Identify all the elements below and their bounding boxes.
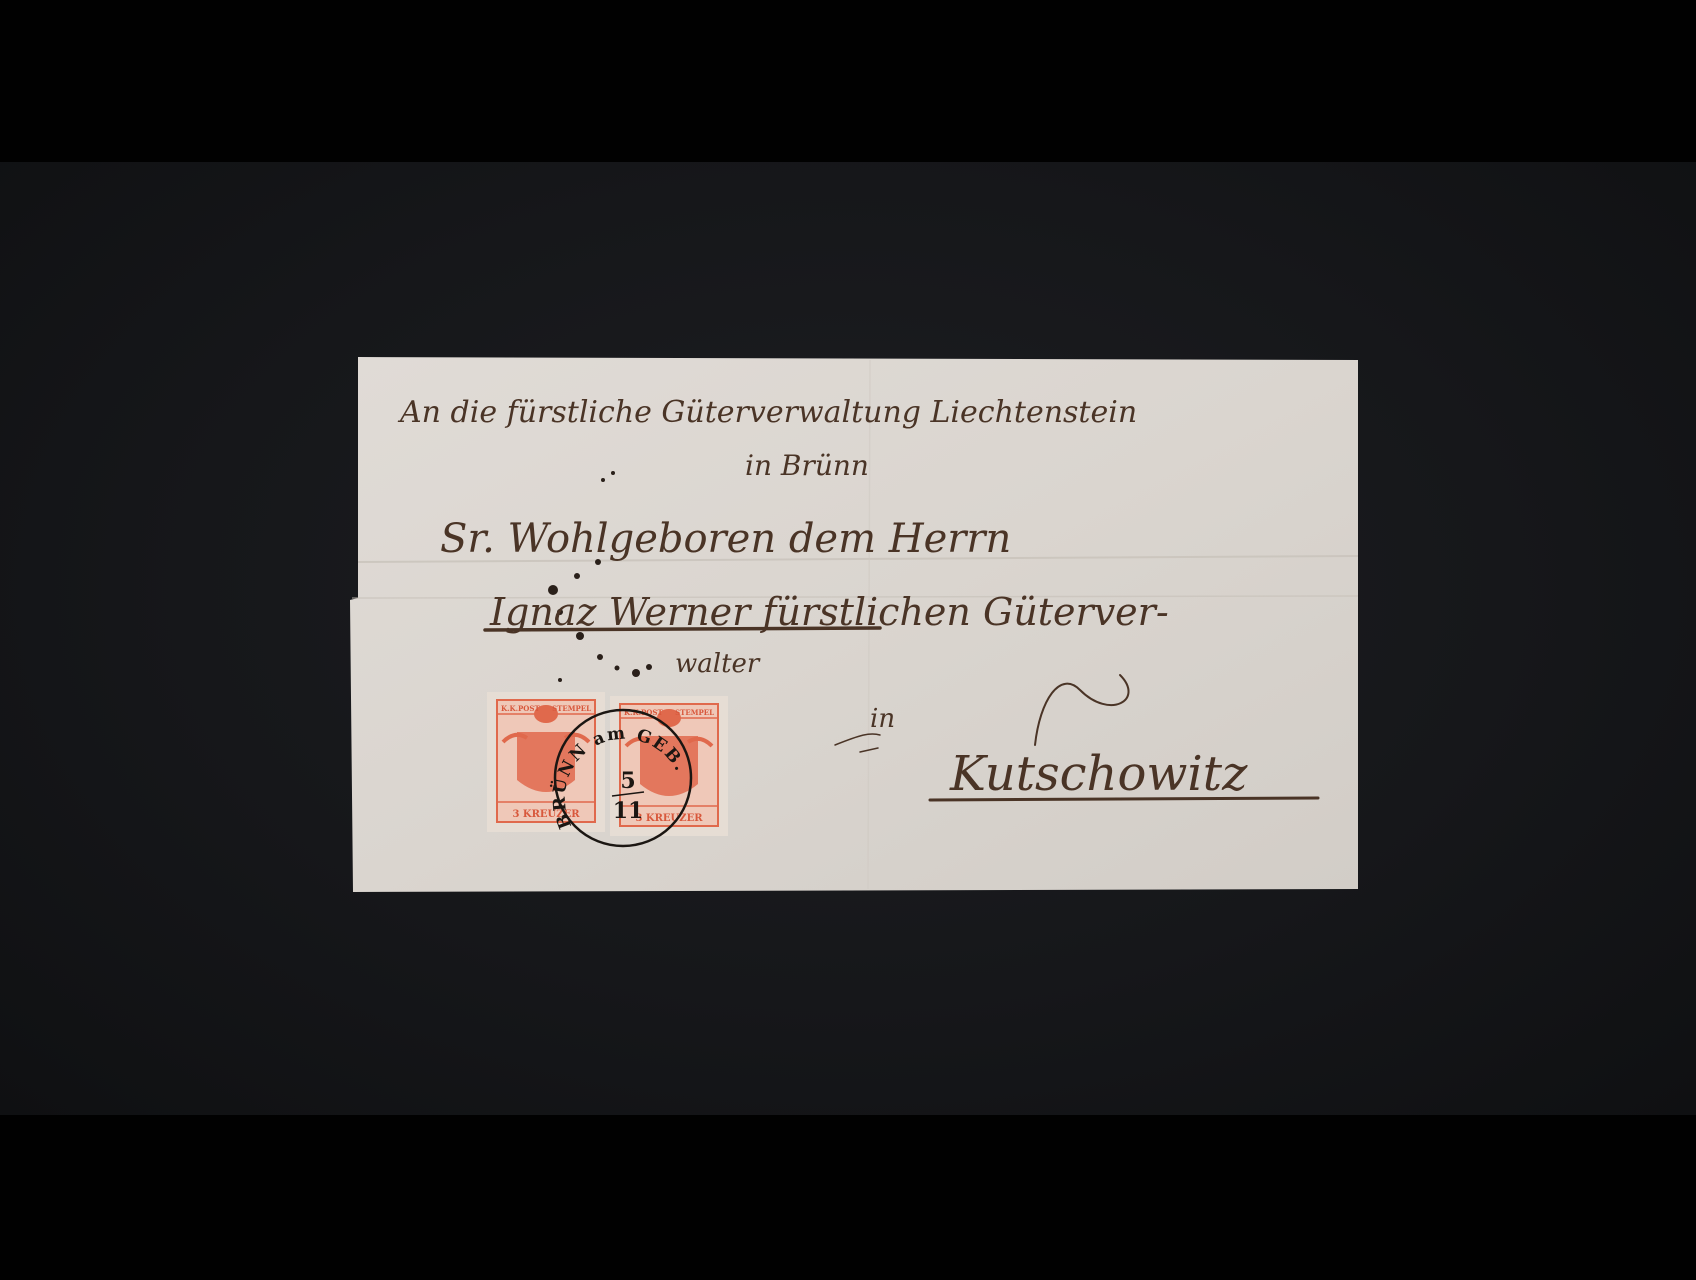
letter-photo: An die fürstliche Güterverwaltung Liecht…	[0, 0, 1696, 1280]
address-line-7: Kutschowitz	[949, 746, 1248, 802]
svg-text:K.K.POST: K.K.POST	[501, 704, 540, 713]
address-line-6: in	[870, 704, 895, 734]
address-line-5: walter	[675, 649, 761, 679]
postage-stamp: K.K.POSTSTEMPEL3 KREUZER	[487, 692, 605, 832]
svg-text:STEMPEL: STEMPEL	[675, 708, 714, 717]
svg-text:STEMPEL: STEMPEL	[552, 704, 591, 713]
address-line-2: in Brünn	[745, 449, 869, 482]
postmark-day: 5	[620, 768, 635, 794]
address-line-3: Sr. Wohlgeboren dem Herrn	[440, 516, 1011, 562]
address-line-1: An die fürstliche Güterverwaltung Liecht…	[397, 395, 1137, 430]
svg-text:3 KREUZER: 3 KREUZER	[635, 813, 703, 824]
postmark-month: 11	[613, 798, 644, 824]
